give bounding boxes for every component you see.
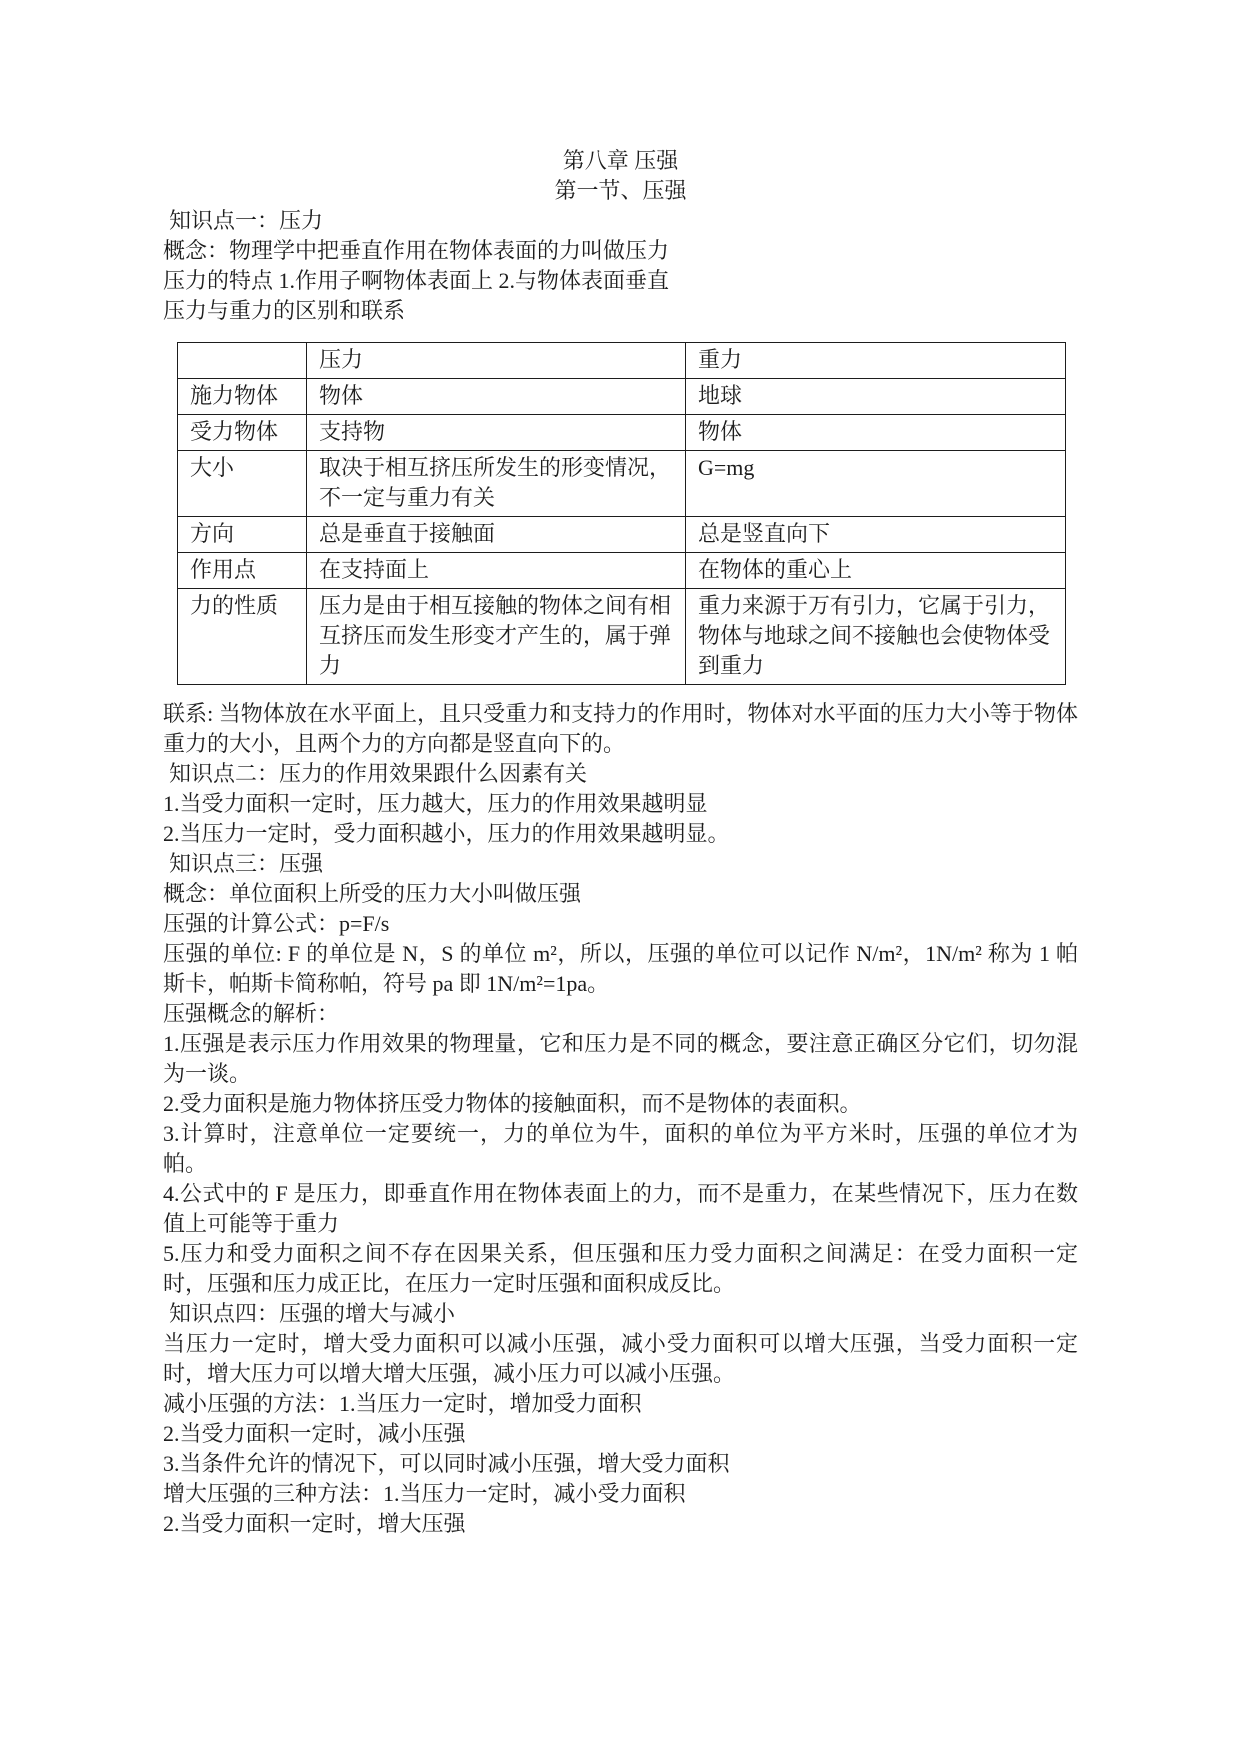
kp3-concept: 概念：单位面积上所受的压力大小叫做压强 [163,879,1078,909]
kp4-intro: 当压力一定时，增大受力面积可以减小压强，减小受力面积可以增大压强，当受力面积一定… [163,1329,1078,1389]
gravity-cell: 在物体的重心上 [686,553,1066,589]
analysis-heading: 压强概念的解析： [163,999,1078,1029]
reduce-pressure-methods: 减小压强的方法：1.当压力一定时，增加受力面积 [163,1389,1078,1419]
pressure-cell: 压力是由于相互接触的物体之间有相互挤压而发生形变才产生的，属于弹力 [307,589,686,685]
section-title: 第一节、压强 [163,176,1078,206]
kp2-item-1: 1.当受力面积一定时，压力越大，压力的作用效果越明显 [163,789,1078,819]
reduce-pressure-method-2: 2.当受力面积一定时，减小压强 [163,1419,1078,1449]
analysis-item-3: 3.计算时，注意单位一定要统一，力的单位为牛，面积的单位为平方米时，压强的单位才… [163,1119,1078,1179]
analysis-item-1: 1.压强是表示压力作用效果的物理量，它和压力是不同的概念，要注意正确区分它们，切… [163,1029,1078,1089]
row-label-cell: 大小 [178,451,307,517]
pressure-cell: 支持物 [307,415,686,451]
pressure-force-features: 压力的特点 1.作用子啊物体表面上 2.与物体表面垂直 [163,266,1078,296]
pressure-cell: 在支持面上 [307,553,686,589]
gravity-cell: 地球 [686,379,1066,415]
reduce-pressure-method-3: 3.当条件允许的情况下，可以同时减小压强，增大受力面积 [163,1449,1078,1479]
table-row-point-of-action: 作用点 在支持面上 在物体的重心上 [178,553,1066,589]
document-page: 第八章 压强 第一节、压强 知识点一：压力 概念：物理学中把垂直作用在物体表面的… [0,0,1241,1754]
row-label-cell: 施力物体 [178,379,307,415]
analysis-item-4: 4.公式中的 F 是压力，即垂直作用在物体表面上的力，而不是重力，在某些情况下，… [163,1179,1078,1239]
pressure-cell: 物体 [307,379,686,415]
table-row-nature-of-force: 力的性质 压力是由于相互接触的物体之间有相互挤压而发生形变才产生的，属于弹力 重… [178,589,1066,685]
table-header-row: 压力 重力 [178,343,1066,379]
kp3-unit: 压强的单位: F 的单位是 N，S 的单位 m²，所以，压强的单位可以记作 N/… [163,939,1078,999]
table-row-magnitude: 大小 取决于相互挤压所发生的形变情况，不一定与重力有关 G=mg [178,451,1066,517]
knowledge-point-1-heading: 知识点一：压力 [163,206,1078,236]
pressure-cell: 总是垂直于接触面 [307,517,686,553]
comparison-table-lead: 压力与重力的区别和联系 [163,296,1078,326]
row-label-cell: 作用点 [178,553,307,589]
pressure-cell: 取决于相互挤压所发生的形变情况，不一定与重力有关 [307,451,686,517]
row-label-cell: 方向 [178,517,307,553]
gravity-cell: 重力来源于万有引力，它属于引力，物体与地球之间不接触也会使物体受到重力 [686,589,1066,685]
kp2-item-2: 2.当压力一定时，受力面积越小，压力的作用效果越明显。 [163,819,1078,849]
gravity-cell: G=mg [686,451,1066,517]
table-row-direction: 方向 总是垂直于接触面 总是竖直向下 [178,517,1066,553]
table-row-receiving-object: 受力物体 支持物 物体 [178,415,1066,451]
increase-pressure-methods: 增大压强的三种方法：1.当压力一定时，减小受力面积 [163,1479,1078,1509]
knowledge-point-4-heading: 知识点四：压强的增大与减小 [163,1299,1078,1329]
document-content: 第八章 压强 第一节、压强 知识点一：压力 概念：物理学中把垂直作用在物体表面的… [163,146,1078,1539]
row-label-cell: 受力物体 [178,415,307,451]
connection-paragraph: 联系: 当物体放在水平面上，且只受重力和支持力的作用时，物体对水平面的压力大小等… [163,699,1078,759]
row-label-cell: 力的性质 [178,589,307,685]
table-corner-cell [178,343,307,379]
kp3-formula: 压强的计算公式：p=F/s [163,909,1078,939]
analysis-item-5: 5.压力和受力面积之间不存在因果关系，但压强和压力受力面积之间满足：在受力面积一… [163,1239,1078,1299]
table-row-exerting-object: 施力物体 物体 地球 [178,379,1066,415]
gravity-cell: 物体 [686,415,1066,451]
pressure-force-concept: 概念：物理学中把垂直作用在物体表面的力叫做压力 [163,236,1078,266]
increase-pressure-method-2: 2.当受力面积一定时，增大压强 [163,1509,1078,1539]
table-header-gravity: 重力 [686,343,1066,379]
analysis-item-2: 2.受力面积是施力物体挤压受力物体的接触面积，而不是物体的表面积。 [163,1089,1078,1119]
gravity-cell: 总是竖直向下 [686,517,1066,553]
table-header-pressure: 压力 [307,343,686,379]
knowledge-point-3-heading: 知识点三：压强 [163,849,1078,879]
chapter-title: 第八章 压强 [163,146,1078,176]
pressure-gravity-comparison-table: 压力 重力 施力物体 物体 地球 受力物体 支持物 物体 大小 取决于相互挤压所… [177,342,1066,685]
knowledge-point-2-heading: 知识点二：压力的作用效果跟什么因素有关 [163,759,1078,789]
